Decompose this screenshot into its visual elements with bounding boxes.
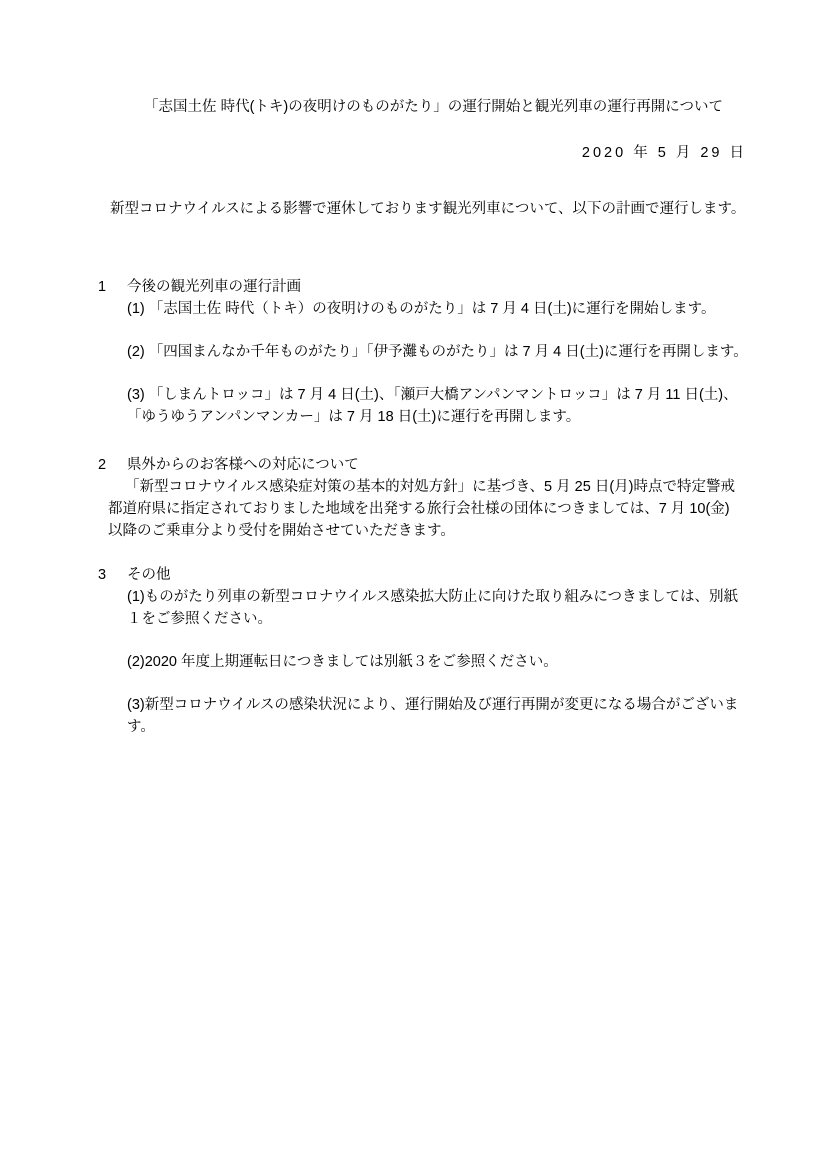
list-item: (1)ものがたり列車の新型コロナウイルス感染拡大防止に向けた取り組みにつきまして… <box>127 586 769 630</box>
page-title: 「志国土佐 時代(トキ)の夜明けのものがたり」の運行開始と観光列車の運行再開につ… <box>98 96 769 118</box>
section-heading-row: 1今後の観光列車の運行計画 <box>98 276 769 298</box>
text-line: (2)2020 年度上期運転日につきましては別紙３をご参照ください。 <box>127 651 769 673</box>
list-item: (1) 「志国土佐 時代（トキ）の夜明けのものがたり」は 7 月 4 日(土)に… <box>127 298 769 320</box>
document-page: 「志国土佐 時代(トキ)の夜明けのものがたり」の運行開始と観光列車の運行再開につ… <box>0 0 827 1169</box>
section-heading-row: 2県外からのお客様への対応について <box>98 454 769 476</box>
text-line: 都道府県に指定されておりました地域を出発する旅行会社様の団体につきましては、7 … <box>108 498 769 520</box>
text-line: １をご参照ください。 <box>127 608 769 630</box>
text-line: (3) 「しまんトロッコ」は 7 月 4 日(土)、「瀬戸大橋アンパンマントロッ… <box>127 384 769 406</box>
text-line: (1) 「志国土佐 時代（トキ）の夜明けのものがたり」は 7 月 4 日(土)に… <box>127 298 769 320</box>
list-item: (3)新型コロナウイルスの感染状況により、運行開始及び運行再開が変更になる場合が… <box>127 694 769 738</box>
intro-paragraph: 新型コロナウイルスによる影響で運休しております観光列車について、以下の計画で運行… <box>98 198 769 220</box>
section-title: 県外からのお客様への対応について <box>127 457 359 473</box>
section-title: 今後の観光列車の運行計画 <box>127 279 301 295</box>
text-line: 「ゆうゆうアンパンマンカー」は 7 月 18 日(土)に運行を再開します。 <box>127 406 769 428</box>
section-operation-plan: 1今後の観光列車の運行計画 (1) 「志国土佐 時代（トキ）の夜明けのものがたり… <box>98 276 769 428</box>
list-item: (3) 「しまんトロッコ」は 7 月 4 日(土)、「瀬戸大橋アンパンマントロッ… <box>127 384 769 428</box>
section-body: 「新型コロナウイルス感染症対策の基本的対処方針」に基づき、5 月 25 日(月)… <box>108 476 769 542</box>
section-title: その他 <box>127 567 171 583</box>
section-number: 2 <box>98 454 127 476</box>
paragraph: 「新型コロナウイルス感染症対策の基本的対処方針」に基づき、5 月 25 日(月)… <box>108 476 769 542</box>
text-line: す。 <box>127 716 769 738</box>
section-number: 3 <box>98 564 127 586</box>
text-line: 「新型コロナウイルス感染症対策の基本的対処方針」に基づき、5 月 25 日(月)… <box>108 476 769 498</box>
section-body: (1)ものがたり列車の新型コロナウイルス感染拡大防止に向けた取り組みにつきまして… <box>127 586 769 738</box>
section-body: (1) 「志国土佐 時代（トキ）の夜明けのものがたり」は 7 月 4 日(土)に… <box>127 298 769 428</box>
list-item: (2) 「四国まんなか千年ものがたり」「伊予灘ものがたり」は 7 月 4 日(土… <box>127 341 769 363</box>
section-heading-row: 3その他 <box>98 564 769 586</box>
list-item: (2)2020 年度上期運転日につきましては別紙３をご参照ください。 <box>127 651 769 673</box>
text-line: (3)新型コロナウイルスの感染状況により、運行開始及び運行再開が変更になる場合が… <box>127 694 769 716</box>
text-line: (2) 「四国まんなか千年ものがたり」「伊予灘ものがたり」は 7 月 4 日(土… <box>127 341 769 363</box>
text-line: 以降のご乗車分より受付を開始させていただきます。 <box>108 520 769 542</box>
document-date: 2020 年 5 月 29 日 <box>98 142 769 164</box>
text-line: (1)ものがたり列車の新型コロナウイルス感染拡大防止に向けた取り組みにつきまして… <box>127 586 769 608</box>
section-out-of-prefecture: 2県外からのお客様への対応について 「新型コロナウイルス感染症対策の基本的対処方… <box>98 454 769 542</box>
section-number: 1 <box>98 276 127 298</box>
section-other: 3その他 (1)ものがたり列車の新型コロナウイルス感染拡大防止に向けた取り組みに… <box>98 564 769 738</box>
